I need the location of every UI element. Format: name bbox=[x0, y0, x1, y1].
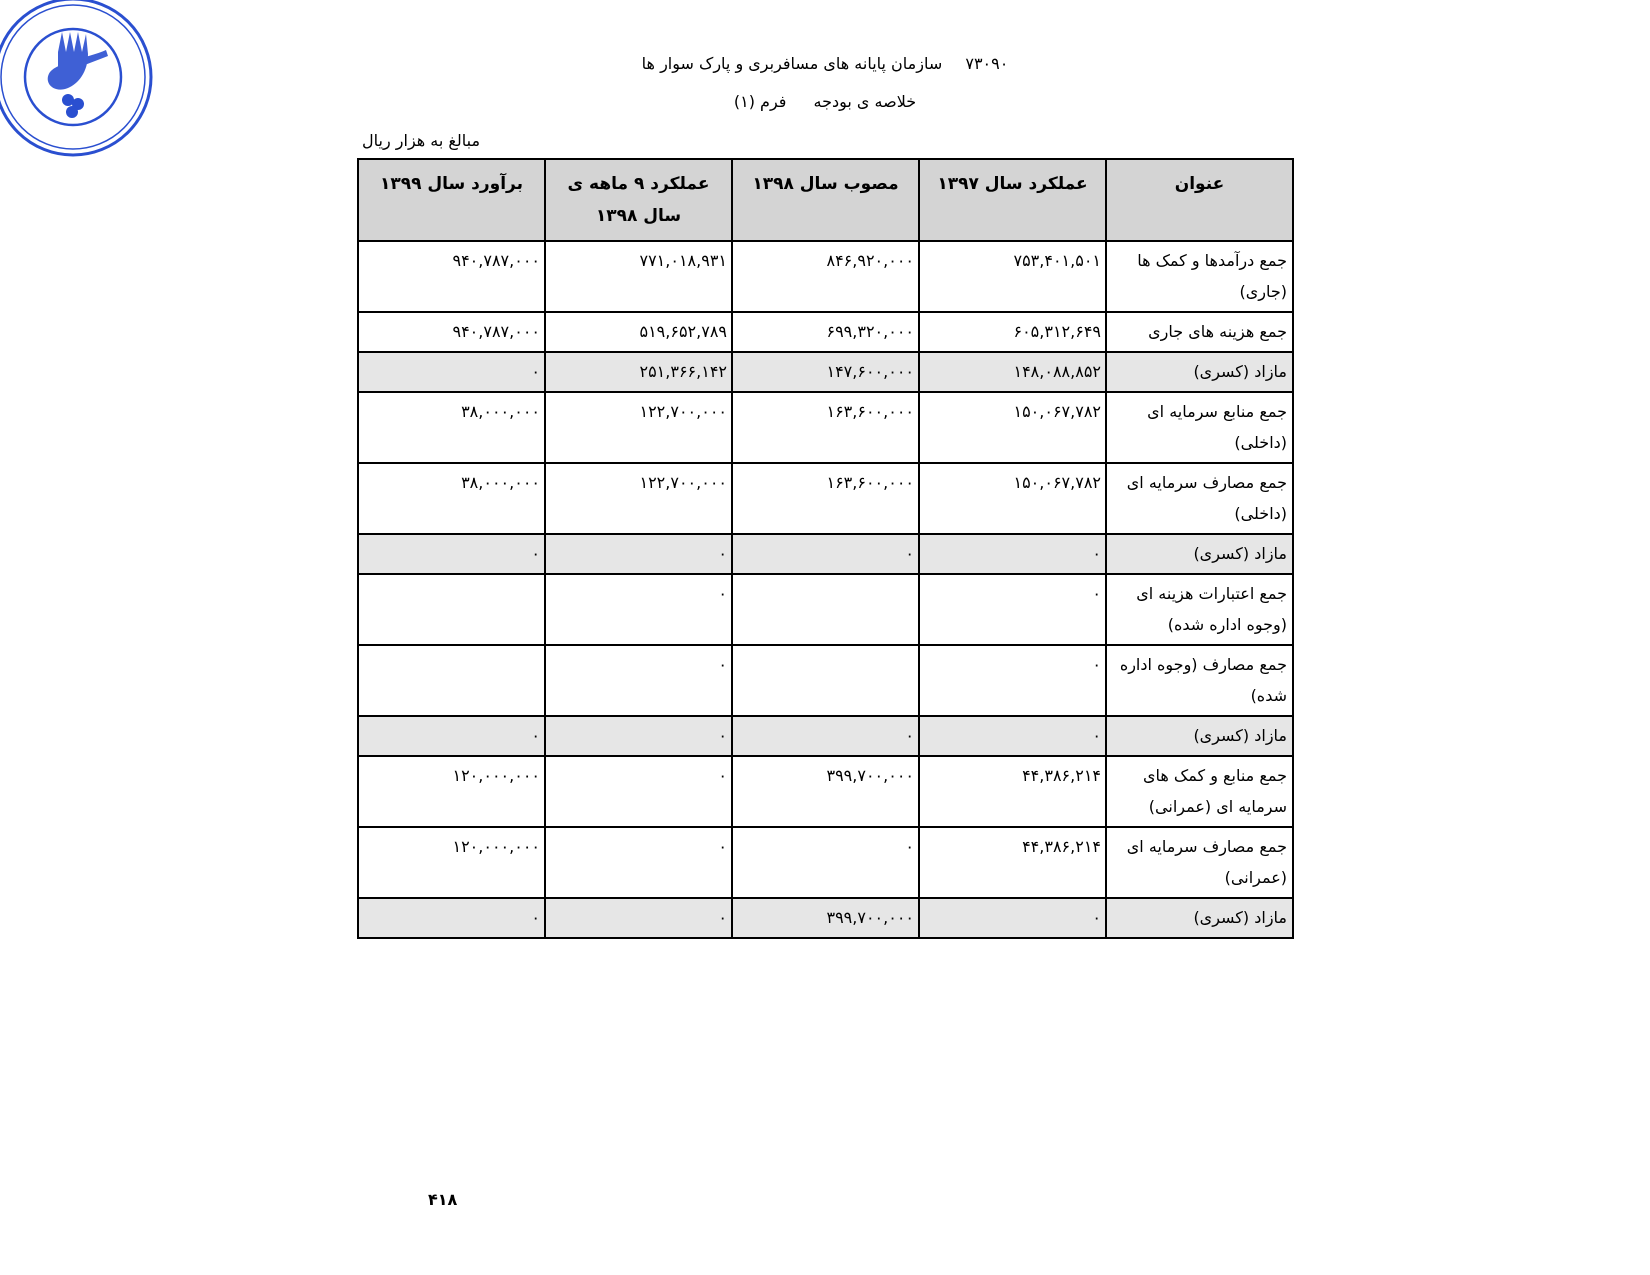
table-row-surplus: مازاد (کسری) ۰ ۳۹۹,۷۰۰,۰۰۰ ۰ ۰ bbox=[358, 898, 1293, 938]
cell-1397-actual: ۰ bbox=[919, 716, 1106, 756]
cell-1399-estimate bbox=[358, 574, 545, 645]
row-label: جمع مصارف (وجوه اداره شده) bbox=[1106, 645, 1293, 716]
row-label: جمع منابع سرمایه ای (داخلی) bbox=[1106, 392, 1293, 463]
cell-1398-9month: ۰ bbox=[545, 756, 732, 827]
row-label: جمع درآمدها و کمک ها (جاری) bbox=[1106, 241, 1293, 312]
cell-1398-9month: ۷۷۱,۰۱۸,۹۳۱ bbox=[545, 241, 732, 312]
column-header-1398-9month: عملکرد ۹ ماهه ی سال ۱۳۹۸ bbox=[545, 159, 732, 241]
cell-1398-9month: ۰ bbox=[545, 645, 732, 716]
cell-1397-actual: ۰ bbox=[919, 574, 1106, 645]
council-stamp-icon bbox=[0, 0, 158, 162]
cell-1399-estimate: ۹۴۰,۷۸۷,۰۰۰ bbox=[358, 241, 545, 312]
table-row: جمع مصارف سرمایه ای (عمرانی) ۴۴,۳۸۶,۲۱۴ … bbox=[358, 827, 1293, 898]
document-subtitle: خلاصه ی بودجه فرم (۱) bbox=[0, 92, 1650, 111]
column-header-1398-approved: مصوب سال ۱۳۹۸ bbox=[732, 159, 919, 241]
cell-1397-actual: ۴۴,۳۸۶,۲۱۴ bbox=[919, 756, 1106, 827]
cell-1398-approved: ۸۴۶,۹۲۰,۰۰۰ bbox=[732, 241, 919, 312]
cell-1399-estimate: ۰ bbox=[358, 534, 545, 574]
cell-1399-estimate: ۳۸,۰۰۰,۰۰۰ bbox=[358, 463, 545, 534]
cell-1398-9month: ۱۲۲,۷۰۰,۰۰۰ bbox=[545, 392, 732, 463]
cell-1398-approved bbox=[732, 645, 919, 716]
unit-note: مبالغ به هزار ریال bbox=[362, 131, 480, 150]
cell-1398-9month: ۵۱۹,۶۵۲,۷۸۹ bbox=[545, 312, 732, 352]
table-header-row: عنوان عملکرد سال ۱۳۹۷ مصوب سال ۱۳۹۸ عملک… bbox=[358, 159, 1293, 241]
cell-1398-approved: ۶۹۹,۳۲۰,۰۰۰ bbox=[732, 312, 919, 352]
table-row: جمع منابع سرمایه ای (داخلی) ۱۵۰,۰۶۷,۷۸۲ … bbox=[358, 392, 1293, 463]
row-label: مازاد (کسری) bbox=[1106, 352, 1293, 392]
cell-1399-estimate: ۱۲۰,۰۰۰,۰۰۰ bbox=[358, 756, 545, 827]
budget-code: ۷۳۰۹۰ bbox=[965, 54, 1008, 73]
budget-summary-table: عنوان عملکرد سال ۱۳۹۷ مصوب سال ۱۳۹۸ عملک… bbox=[357, 158, 1294, 939]
cell-1398-approved: ۱۴۷,۶۰۰,۰۰۰ bbox=[732, 352, 919, 392]
row-label: مازاد (کسری) bbox=[1106, 898, 1293, 938]
cell-1397-actual: ۰ bbox=[919, 898, 1106, 938]
page-number: ۴۱۸ bbox=[428, 1190, 457, 1209]
table-row: جمع مصارف سرمایه ای (داخلی) ۱۵۰,۰۶۷,۷۸۲ … bbox=[358, 463, 1293, 534]
cell-1398-9month: ۰ bbox=[545, 574, 732, 645]
cell-1398-9month: ۰ bbox=[545, 827, 732, 898]
cell-1397-actual: ۰ bbox=[919, 534, 1106, 574]
cell-1398-9month: ۰ bbox=[545, 898, 732, 938]
document-title: ۷۳۰۹۰ سازمان پایانه های مسافربری و پارک … bbox=[0, 54, 1650, 73]
table-row: جمع درآمدها و کمک ها (جاری) ۷۵۳,۴۰۱,۵۰۱ … bbox=[358, 241, 1293, 312]
cell-1399-estimate: ۰ bbox=[358, 716, 545, 756]
table-row: جمع مصارف (وجوه اداره شده) ۰ ۰ bbox=[358, 645, 1293, 716]
column-header-1397-actual: عملکرد سال ۱۳۹۷ bbox=[919, 159, 1106, 241]
cell-1397-actual: ۱۵۰,۰۶۷,۷۸۲ bbox=[919, 392, 1106, 463]
cell-1398-approved: ۳۹۹,۷۰۰,۰۰۰ bbox=[732, 898, 919, 938]
table-row-surplus: مازاد (کسری) ۱۴۸,۰۸۸,۸۵۲ ۱۴۷,۶۰۰,۰۰۰ ۲۵۱… bbox=[358, 352, 1293, 392]
cell-1399-estimate: ۳۸,۰۰۰,۰۰۰ bbox=[358, 392, 545, 463]
column-header-title: عنوان bbox=[1106, 159, 1293, 241]
row-label: مازاد (کسری) bbox=[1106, 716, 1293, 756]
cell-1399-estimate: ۰ bbox=[358, 898, 545, 938]
row-label: جمع مصارف سرمایه ای (داخلی) bbox=[1106, 463, 1293, 534]
row-label: جمع منابع و کمک های سرمایه ای (عمرانی) bbox=[1106, 756, 1293, 827]
row-label: مازاد (کسری) bbox=[1106, 534, 1293, 574]
row-label: جمع هزینه های جاری bbox=[1106, 312, 1293, 352]
cell-1398-approved: ۱۶۳,۶۰۰,۰۰۰ bbox=[732, 392, 919, 463]
cell-1397-actual: ۱۵۰,۰۶۷,۷۸۲ bbox=[919, 463, 1106, 534]
table-row: جمع منابع و کمک های سرمایه ای (عمرانی) ۴… bbox=[358, 756, 1293, 827]
cell-1399-estimate: ۹۴۰,۷۸۷,۰۰۰ bbox=[358, 312, 545, 352]
cell-1398-9month: ۰ bbox=[545, 716, 732, 756]
cell-1398-9month: ۲۵۱,۳۶۶,۱۴۲ bbox=[545, 352, 732, 392]
column-header-1399-estimate: برآورد سال ۱۳۹۹ bbox=[358, 159, 545, 241]
cell-1397-actual: ۴۴,۳۸۶,۲۱۴ bbox=[919, 827, 1106, 898]
cell-1398-approved bbox=[732, 574, 919, 645]
cell-1398-9month: ۰ bbox=[545, 534, 732, 574]
cell-1397-actual: ۱۴۸,۰۸۸,۸۵۲ bbox=[919, 352, 1106, 392]
cell-1398-approved: ۰ bbox=[732, 534, 919, 574]
row-label: جمع مصارف سرمایه ای (عمرانی) bbox=[1106, 827, 1293, 898]
table-row-surplus: مازاد (کسری) ۰ ۰ ۰ ۰ bbox=[358, 716, 1293, 756]
form-label: فرم (۱) bbox=[734, 92, 787, 111]
cell-1398-approved: ۰ bbox=[732, 827, 919, 898]
cell-1398-approved: ۰ bbox=[732, 716, 919, 756]
cell-1399-estimate bbox=[358, 645, 545, 716]
cell-1399-estimate: ۱۲۰,۰۰۰,۰۰۰ bbox=[358, 827, 545, 898]
cell-1397-actual: ۰ bbox=[919, 645, 1106, 716]
table-row-surplus: مازاد (کسری) ۰ ۰ ۰ ۰ bbox=[358, 534, 1293, 574]
organization-name: سازمان پایانه های مسافربری و پارک سوار ه… bbox=[642, 54, 943, 73]
cell-1397-actual: ۶۰۵,۳۱۲,۶۴۹ bbox=[919, 312, 1106, 352]
row-label: جمع اعتبارات هزینه ای (وجوه اداره شده) bbox=[1106, 574, 1293, 645]
table-row: جمع اعتبارات هزینه ای (وجوه اداره شده) ۰… bbox=[358, 574, 1293, 645]
cell-1398-9month: ۱۲۲,۷۰۰,۰۰۰ bbox=[545, 463, 732, 534]
cell-1398-approved: ۳۹۹,۷۰۰,۰۰۰ bbox=[732, 756, 919, 827]
cell-1397-actual: ۷۵۳,۴۰۱,۵۰۱ bbox=[919, 241, 1106, 312]
cell-1399-estimate: ۰ bbox=[358, 352, 545, 392]
cell-1398-approved: ۱۶۳,۶۰۰,۰۰۰ bbox=[732, 463, 919, 534]
table-row: جمع هزینه های جاری ۶۰۵,۳۱۲,۶۴۹ ۶۹۹,۳۲۰,۰… bbox=[358, 312, 1293, 352]
subtitle-text: خلاصه ی بودجه bbox=[814, 92, 917, 111]
